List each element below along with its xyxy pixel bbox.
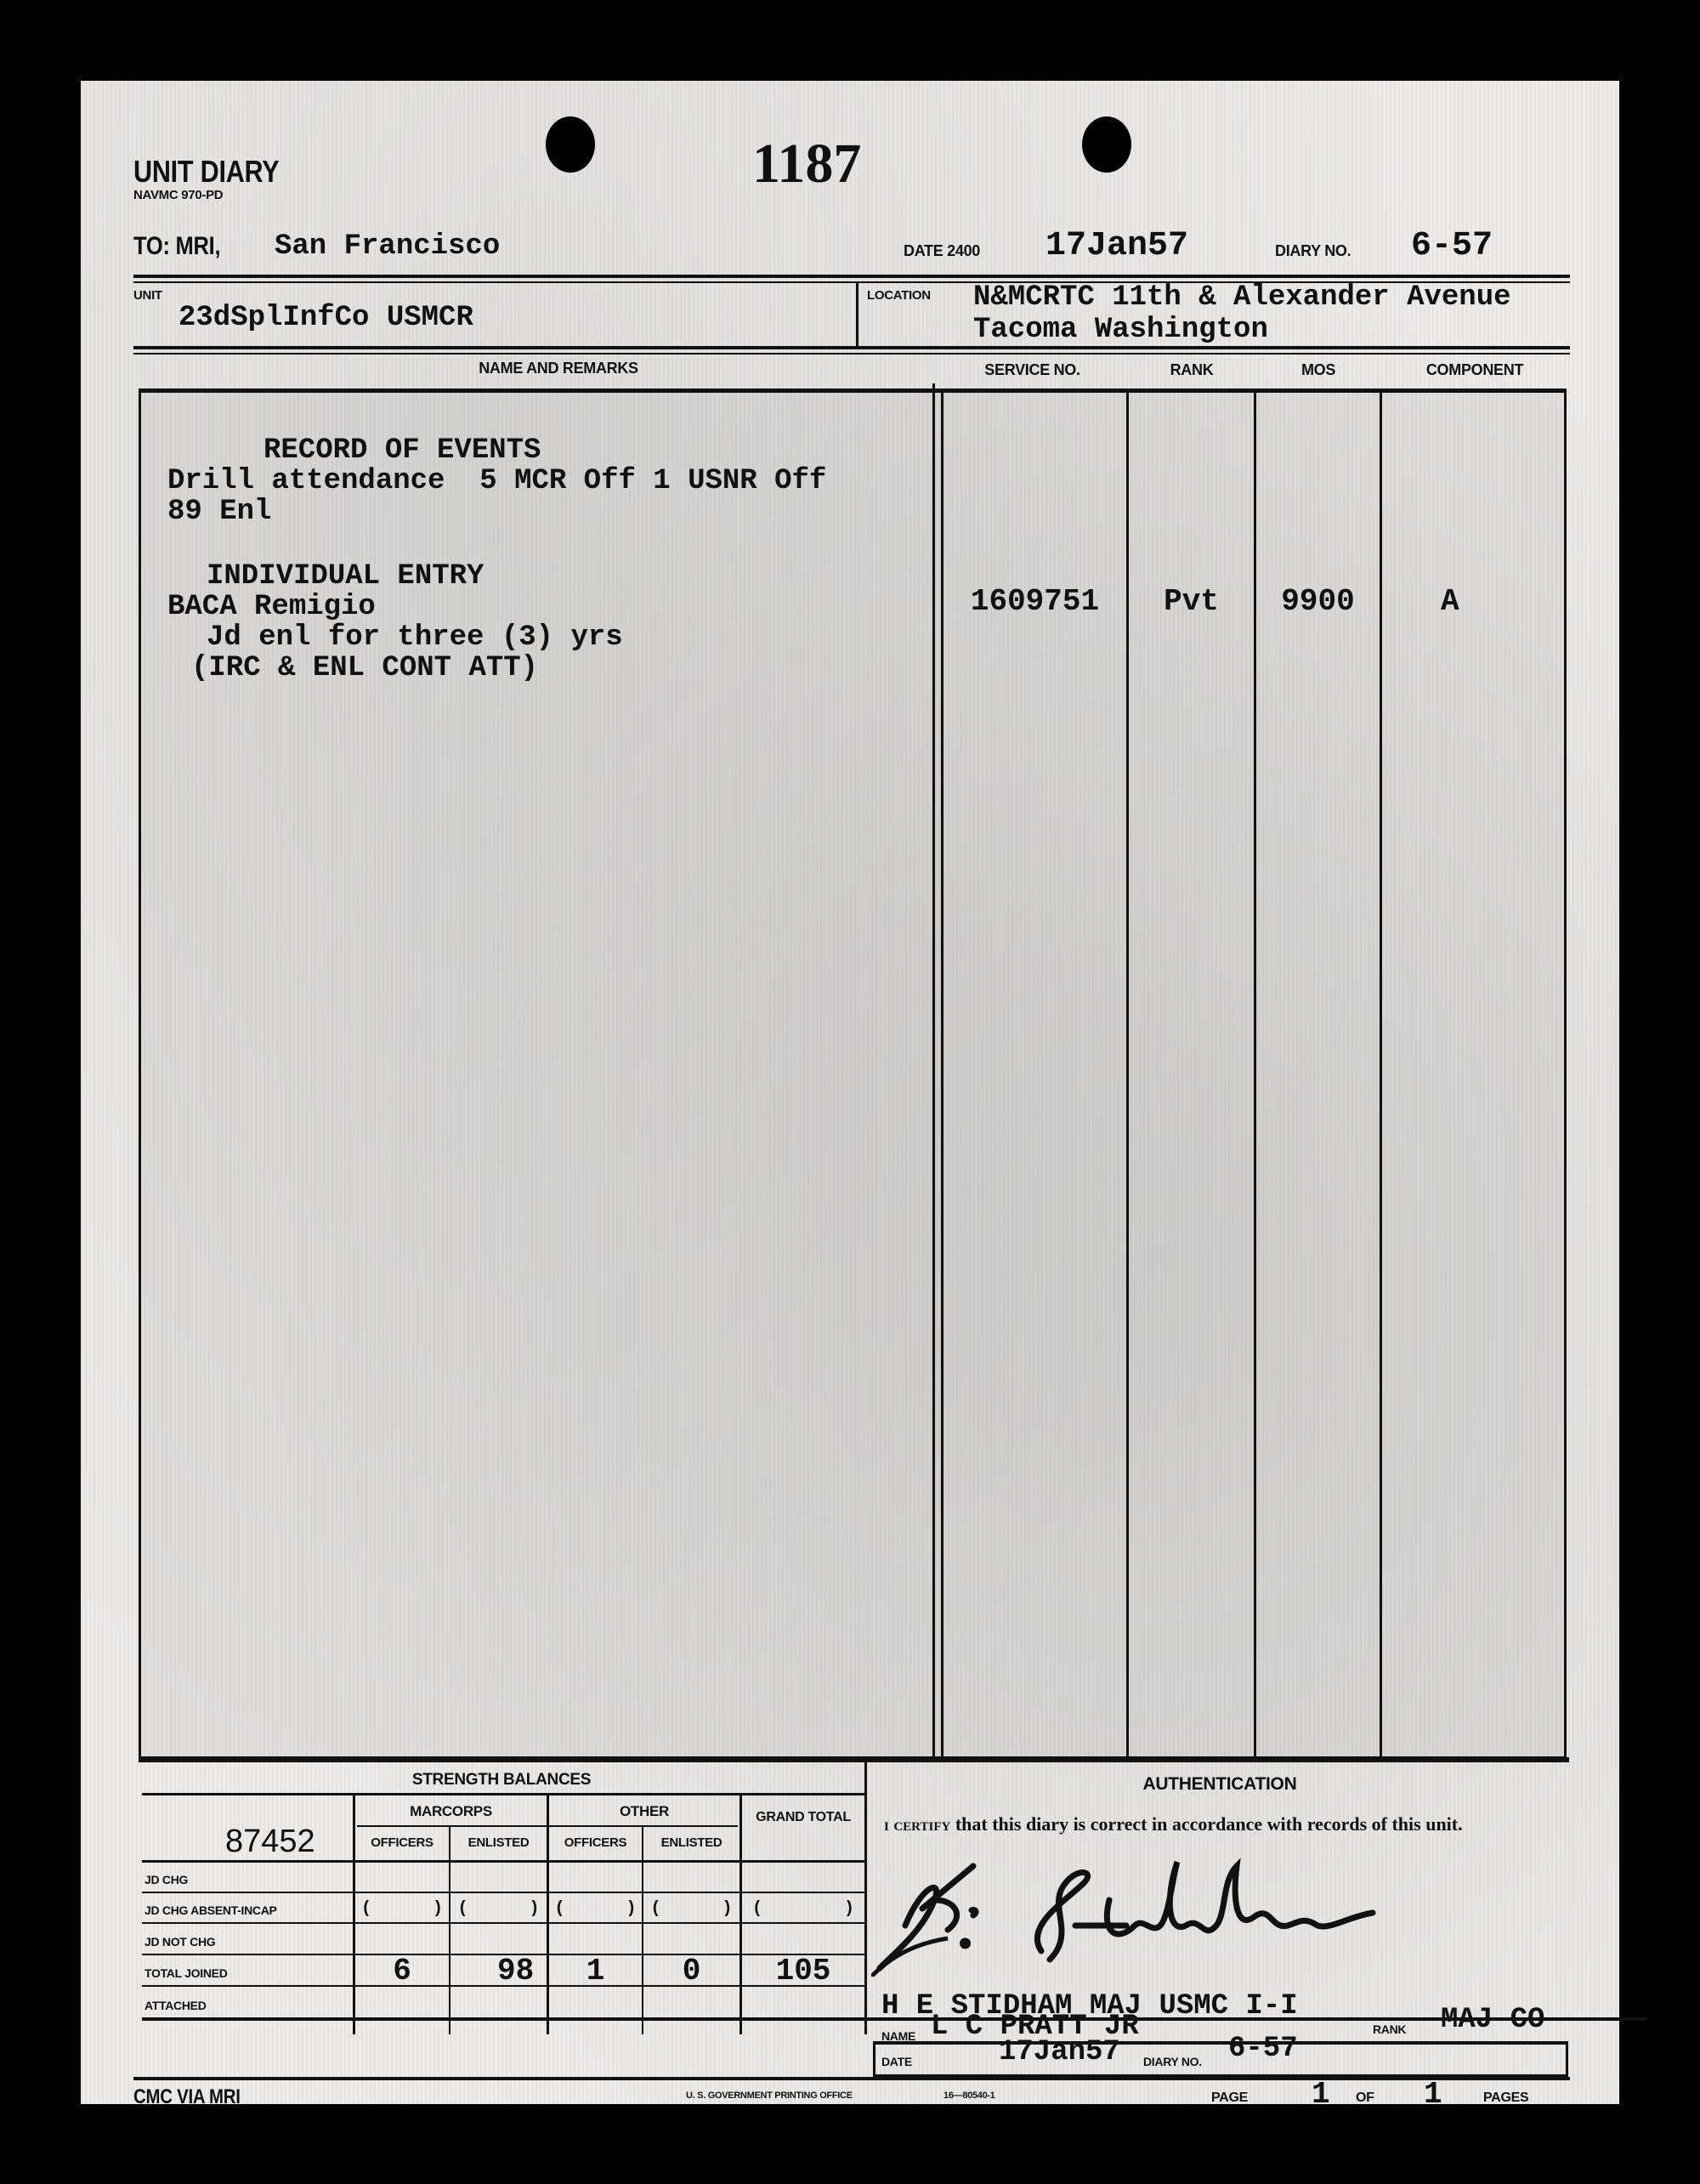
rank-value: MAJ CO [1441, 2004, 1544, 2036]
row-label-jd-chg-absent-incap: JD CHG ABSENT-INCAP [144, 1903, 277, 1917]
page-label: PAGE [1211, 2090, 1248, 2106]
diary-no-value: 6-57 [1411, 227, 1493, 265]
col-header-mos: MOS [1255, 361, 1381, 379]
absent-incap-grand-total: ( ) [742, 1899, 864, 1919]
date-label: DATE 2400 [904, 242, 980, 260]
absent-incap-marcorps-officers: ( ) [355, 1899, 449, 1919]
to-value: San Francisco [275, 230, 500, 263]
entry-rank: Pvt [1129, 584, 1254, 619]
col-header-component: COMPONENT [1381, 361, 1568, 379]
entry-component: A [1441, 584, 1459, 619]
form-number: NAVMC 970-PD [133, 188, 223, 202]
routing-text: CMC VIA MRI [133, 2085, 241, 2109]
sub-header-marcorps-enlisted: ENLISTED [450, 1835, 547, 1850]
binder-hole-right-icon [1082, 116, 1131, 173]
col-header-name-remarks: NAME AND REMARKS [133, 360, 983, 377]
signature-icon [871, 1849, 1483, 1977]
group-header-grand-total: GRAND TOTAL [752, 1810, 854, 1824]
location-line2: Tacoma Washington [973, 314, 1268, 346]
auth-date-label: DATE [881, 2055, 912, 2068]
page-value: 1 [1312, 2077, 1330, 2112]
location-line1: N&MCRTC 11th & Alexander Avenue [973, 281, 1511, 314]
row-label-jd-chg: JD CHG [144, 1873, 188, 1886]
sub-header-marcorps-officers: OFFICERS [355, 1835, 449, 1850]
total-joined-other-enlisted: 0 [643, 1954, 739, 1988]
stamp-number: 1187 [752, 132, 861, 196]
rank-label: RANK [1373, 2022, 1406, 2036]
total-joined-other-officers: 1 [549, 1954, 642, 1988]
pages-label: PAGES [1483, 2090, 1528, 2106]
entry-mos: 9900 [1256, 584, 1380, 619]
individual-entry-remark2: (IRC & ENL CONT ATT) [191, 652, 538, 684]
certify-text: that this diary is correct in accordance… [955, 1813, 1463, 1835]
binder-hole-left-icon [546, 116, 595, 173]
diary-no-label: DIARY NO. [1275, 242, 1351, 260]
printer-text: U. S. GOVERNMENT PRINTING OFFICE [686, 2090, 853, 2101]
printer-code: 16—80540-1 [943, 2090, 995, 2101]
sub-header-other-enlisted: ENLISTED [643, 1835, 739, 1850]
unit-diary-page: UNIT DIARY NAVMC 970-PD 1187 TO: MRI, Sa… [81, 81, 1619, 2104]
auth-date-box [873, 2041, 1568, 2077]
row-label-total-joined: TOTAL JOINED [144, 1966, 228, 1980]
authentication-title: AUTHENTICATION [867, 1774, 1572, 1795]
absent-incap-other-officers: ( ) [549, 1899, 642, 1919]
date-value: 17Jan57 [1045, 227, 1188, 265]
individual-entry-name: BACA Remigio [167, 591, 376, 623]
col-header-service-no: SERVICE NO. [937, 361, 1128, 379]
record-of-events-line1: Drill attendance 5 MCR Off 1 USNR Off [167, 465, 826, 497]
record-of-events-heading: RECORD OF EVENTS [263, 434, 541, 467]
auth-diary-no-value: 6-57 [1228, 2033, 1298, 2065]
absent-incap-marcorps-enlisted: ( ) [450, 1899, 547, 1919]
row-label-attached: ATTACHED [144, 1999, 207, 2012]
of-label: OF [1356, 2090, 1374, 2106]
certify-statement: I CERTIFY that this diary is correct in … [884, 1815, 1581, 1834]
sub-header-other-officers: OFFICERS [549, 1835, 642, 1850]
pages-value: 1 [1424, 2077, 1442, 2112]
unit-code: 87452 [225, 1824, 315, 1860]
form-title: UNIT DIARY [133, 154, 279, 190]
total-joined-grand-total: 105 [742, 1954, 864, 1988]
auth-date-value: 17Jan57 [999, 2036, 1120, 2068]
unit-value: 23dSplInfCo USMCR [178, 302, 473, 334]
to-label: TO: MRI, [133, 232, 220, 261]
total-joined-marcorps-enlisted: 98 [497, 1954, 534, 1988]
individual-entry-remark1: Jd enl for three (3) yrs [207, 621, 623, 654]
strength-balances-title: STRENGTH BALANCES [139, 1771, 864, 1790]
location-label: LOCATION [867, 288, 931, 303]
group-header-marcorps: MARCORPS [355, 1803, 547, 1820]
col-header-rank: RANK [1128, 361, 1255, 379]
absent-incap-other-enlisted: ( ) [643, 1899, 739, 1919]
entry-service-no: 1609751 [943, 584, 1126, 619]
record-of-events-line2: 89 Enl [167, 496, 271, 528]
group-header-other: OTHER [549, 1803, 739, 1820]
individual-entry-heading: INDIVIDUAL ENTRY [207, 560, 484, 593]
certify-prefix: I CERTIFY [884, 1813, 950, 1835]
row-label-jd-not-chg: JD NOT CHG [144, 1935, 215, 1949]
auth-diary-no-label: DIARY NO. [1143, 2055, 1202, 2068]
unit-label: UNIT [133, 288, 162, 303]
total-joined-marcorps-officers: 6 [355, 1954, 449, 1988]
